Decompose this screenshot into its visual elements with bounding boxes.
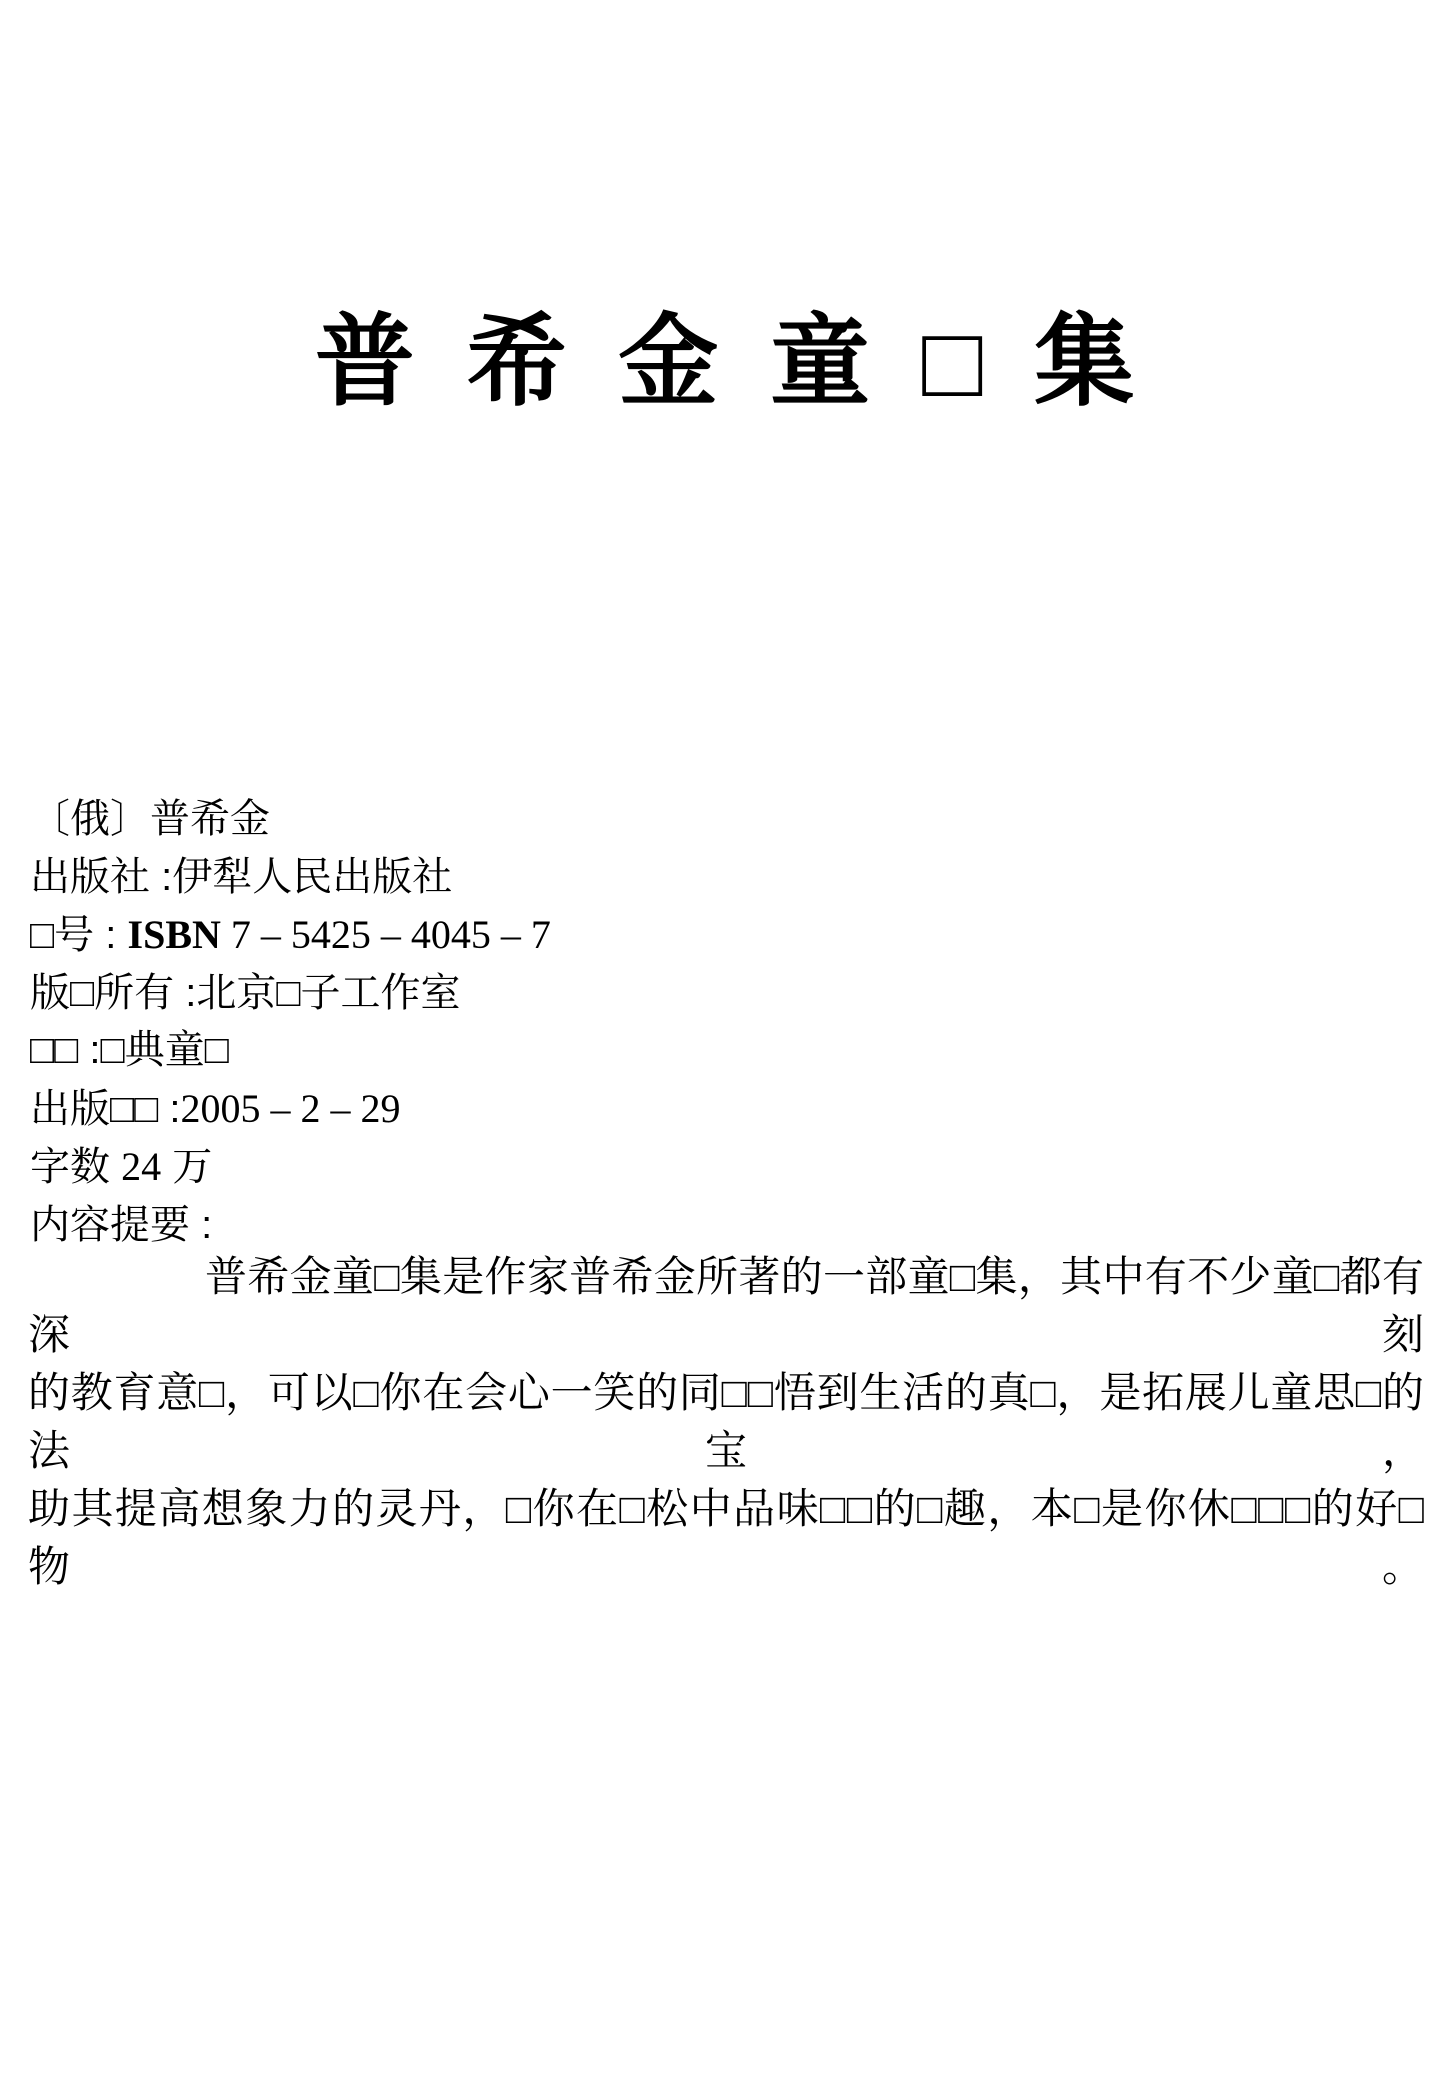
metadata-segment: 出版□□ : xyxy=(30,1087,181,1131)
metadata-line: 版□所有 :北京□子工作室 xyxy=(30,965,551,1023)
metadata-segment: 〔俄〕普希金 xyxy=(30,797,270,841)
book-metadata-block: 〔俄〕普希金出版社 :伊犁人民出版社□号 : ISBN 7 – 5425 – 4… xyxy=(30,791,551,1254)
summary-line: 普希金童□集是作家普希金所著的一部童□集，其中有不少童□都有深刻 xyxy=(28,1248,1424,1364)
content-summary-block: 普希金童□集是作家普希金所著的一部童□集，其中有不少童□都有深刻的教育意□，可以… xyxy=(28,1248,1424,1596)
metadata-segment: 7 – 5425 – 4045 – 7 xyxy=(221,912,551,957)
metadata-segment: 2005 – 2 – 29 xyxy=(181,1086,401,1131)
book-title: 普 希 金 童 □ 集 xyxy=(0,312,1450,412)
metadata-segment: ISBN xyxy=(128,912,221,957)
metadata-line: □号 : ISBN 7 – 5425 – 4045 – 7 xyxy=(30,906,551,965)
metadata-segment: □号 : xyxy=(30,913,128,957)
metadata-segment: 字数 xyxy=(30,1145,121,1189)
metadata-segment: 版□所有 :北京□子工作室 xyxy=(30,971,461,1015)
book-info-page: 普 希 金 童 □ 集 〔俄〕普希金出版社 :伊犁人民出版社□号 : ISBN … xyxy=(0,0,1450,2100)
metadata-segment: 24 xyxy=(121,1144,161,1189)
metadata-line: 字数 24 万 xyxy=(30,1138,551,1197)
metadata-line: 〔俄〕普希金 xyxy=(30,791,551,849)
summary-line: 助其提高想象力的灵丹，□你在□松中品味□□的□趣，本□是你休□□□的好□物。 xyxy=(28,1480,1424,1596)
metadata-segment: 出版社 :伊犁人民出版社 xyxy=(30,855,452,899)
metadata-segment: □□ :□典童□ xyxy=(30,1028,229,1072)
metadata-line: □□ :□典童□ xyxy=(30,1022,551,1080)
metadata-segment: 万 xyxy=(161,1145,212,1189)
metadata-line: 出版社 :伊犁人民出版社 xyxy=(30,849,551,907)
metadata-line: 内容提要 : xyxy=(30,1197,551,1255)
metadata-line: 出版□□ :2005 – 2 – 29 xyxy=(30,1080,551,1139)
summary-line: 的教育意□，可以□你在会心一笑的同□□悟到生活的真□，是拓展儿童思□的法宝， xyxy=(28,1364,1424,1480)
metadata-segment: 内容提要 : xyxy=(30,1203,212,1247)
